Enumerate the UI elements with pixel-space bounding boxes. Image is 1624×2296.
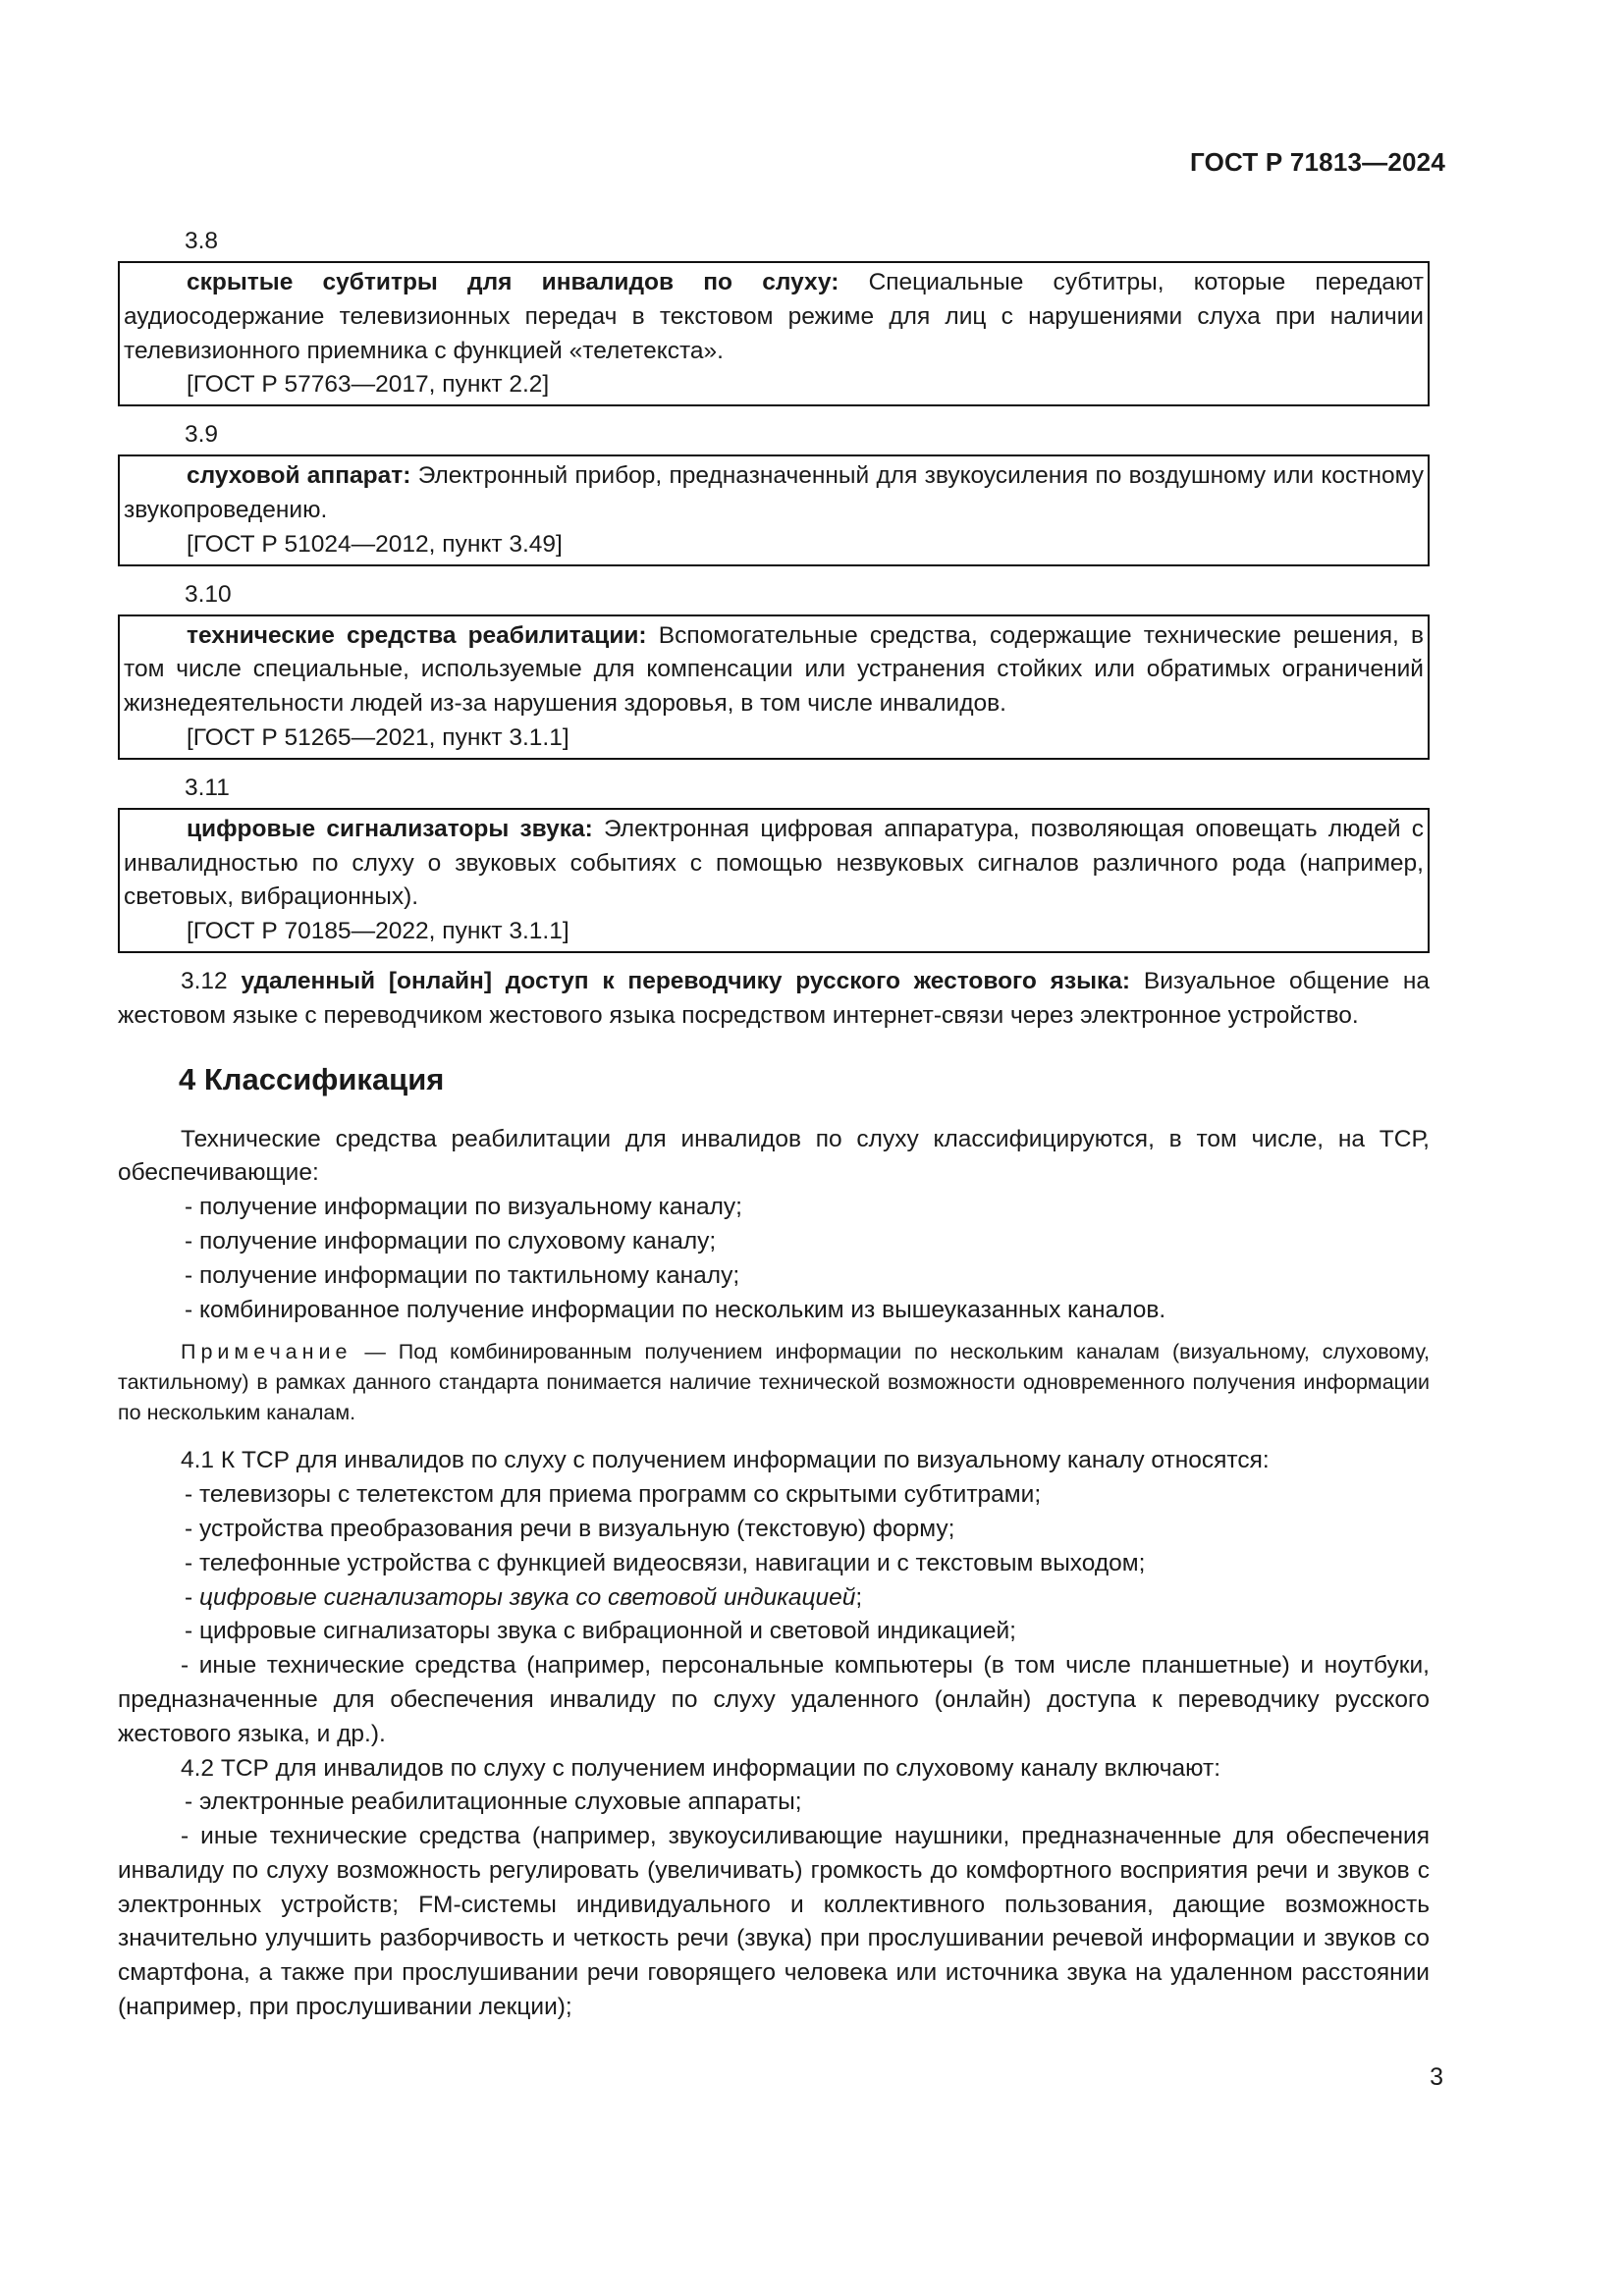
- term-definition-box: скрытые субтитры для инвалидов по слуху:…: [118, 261, 1430, 406]
- italic-item-text: цифровые сигнализаторы звука со световой…: [199, 1584, 855, 1611]
- term-name: удаленный [онлайн] доступ к переводчику …: [241, 968, 1130, 994]
- list-item: - получение информации по тактильному ка…: [118, 1259, 1430, 1294]
- list-item: - получение информации по слуховому кана…: [118, 1225, 1430, 1259]
- term-definition: технические средства реабилитации: Вспом…: [124, 619, 1424, 721]
- term-name: скрытые субтитры для инвалидов по слуху:: [187, 269, 839, 295]
- list-item: - телевизоры с телетекстом для приема пр…: [118, 1478, 1430, 1513]
- list-item: - иные технические средства (например, п…: [118, 1649, 1430, 1751]
- clause-4-1: 4.1 К ТСР для инвалидов по слуху с получ…: [118, 1444, 1430, 1478]
- term-source: [ГОСТ Р 70185—2022, пункт 3.1.1]: [124, 915, 1424, 949]
- term-number: 3.8: [118, 225, 1430, 261]
- term-definition: скрытые субтитры для инвалидов по слуху:…: [124, 266, 1424, 368]
- note-label: Примечание: [181, 1340, 352, 1363]
- section-intro: Технические средства реабилитации для ин…: [118, 1123, 1430, 1192]
- term-name: технические средства реабилитации:: [187, 622, 647, 649]
- term-definition-box: цифровые сигнализаторы звука: Электронна…: [118, 808, 1430, 953]
- list-item: - комбинированное получение информации п…: [118, 1294, 1430, 1328]
- term-name: слуховой аппарат:: [187, 462, 410, 489]
- note: Примечание — Под комбинированным получен…: [118, 1337, 1430, 1428]
- term-definition: цифровые сигнализаторы звука: Электронна…: [124, 813, 1424, 915]
- list-item: - устройства преобразования речи в визуа…: [118, 1513, 1430, 1547]
- term-number: 3.12: [181, 968, 241, 994]
- auditory-channel-list: - электронные реабилитационные слуховые …: [118, 1786, 1430, 2025]
- list-item: - электронные реабилитационные слуховые …: [118, 1786, 1430, 1820]
- visual-channel-list: - телевизоры с телетекстом для приема пр…: [118, 1478, 1430, 1751]
- term-definition: слуховой аппарат: Электронный прибор, пр…: [124, 459, 1424, 528]
- list-item: - иные технические средства (например, з…: [118, 1820, 1430, 2025]
- channel-list: - получение информации по визуальному ка…: [118, 1191, 1430, 1327]
- list-punct: ;: [855, 1584, 862, 1611]
- list-item: - получение информации по визуальному ка…: [118, 1191, 1430, 1225]
- term-source: [ГОСТ Р 57763—2017, пункт 2.2]: [124, 368, 1424, 402]
- term-source: [ГОСТ Р 51265—2021, пункт 3.1.1]: [124, 721, 1424, 756]
- section-heading: 4 Классификация: [118, 1061, 1430, 1098]
- list-item: - телефонные устройства с функцией видео…: [118, 1547, 1430, 1581]
- term-definition-box: технические средства реабилитации: Вспом…: [118, 614, 1430, 760]
- term-number: 3.11: [118, 772, 1430, 808]
- list-item: - цифровые сигнализаторы звука со светов…: [118, 1581, 1430, 1616]
- page-number: 3: [1430, 2063, 1443, 2092]
- clause-4-2: 4.2 ТСР для инвалидов по слуху с получен…: [118, 1752, 1430, 1787]
- term-source: [ГОСТ Р 51024—2012, пункт 3.49]: [124, 528, 1424, 562]
- term-3-12: 3.12 удаленный [онлайн] доступ к перевод…: [118, 965, 1430, 1034]
- term-name: цифровые сигнализаторы звука:: [187, 816, 593, 842]
- page-content: 3.8 скрытые субтитры для инвалидов по сл…: [118, 225, 1430, 2025]
- document-code-header: ГОСТ Р 71813—2024: [1190, 147, 1445, 178]
- term-number: 3.10: [118, 578, 1430, 614]
- term-number: 3.9: [118, 418, 1430, 454]
- list-item: - цифровые сигнализаторы звука с вибраци…: [118, 1615, 1430, 1649]
- term-definition-box: слуховой аппарат: Электронный прибор, пр…: [118, 454, 1430, 565]
- list-dash: -: [185, 1584, 199, 1611]
